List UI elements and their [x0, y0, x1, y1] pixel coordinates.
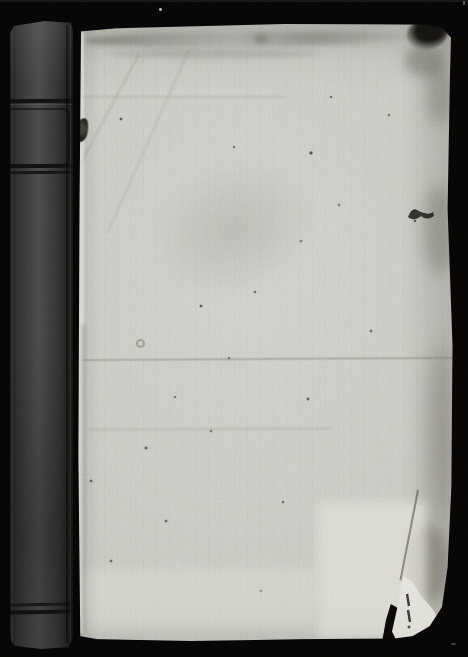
page-smudge — [254, 34, 268, 44]
dust-speck — [463, 1, 465, 5]
page-gutter-shadow — [82, 324, 85, 633]
page-crease — [88, 427, 332, 430]
torn-corner-marks — [400, 590, 416, 634]
gutter-ink-stain — [73, 117, 91, 143]
book-page — [78, 24, 454, 641]
page-bright-patch — [88, 570, 318, 630]
dust-speck — [159, 8, 162, 11]
ink-squiggle-mark — [406, 202, 436, 226]
spine-tail-band — [10, 602, 73, 606]
dust-speck — [451, 643, 456, 645]
spine-band-highlight — [10, 104, 73, 105]
page-crease — [68, 54, 140, 187]
page-top-shadow — [84, 31, 414, 48]
spine-raised-band — [10, 164, 73, 169]
page-specks — [78, 24, 80, 26]
page-crease — [78, 357, 454, 361]
spine-raised-band — [10, 99, 73, 104]
page-stain — [131, 139, 335, 319]
page-crease — [78, 96, 285, 98]
corner-smudge — [404, 46, 444, 76]
scanner-top-edge-glow — [0, 0, 468, 2]
book-spine — [10, 21, 73, 649]
spine-hinge-highlight — [70, 25, 71, 643]
spine-raised-band — [10, 171, 73, 175]
spine-tail-band — [10, 609, 73, 614]
page-edge-foxing — [428, 344, 454, 524]
spine-hinge-groove — [66, 25, 68, 643]
book-scan-photo — [0, 0, 468, 657]
ring-stain — [136, 339, 145, 348]
page-edge-foxing — [424, 184, 454, 274]
spine-label-panel — [0, 108, 70, 166]
